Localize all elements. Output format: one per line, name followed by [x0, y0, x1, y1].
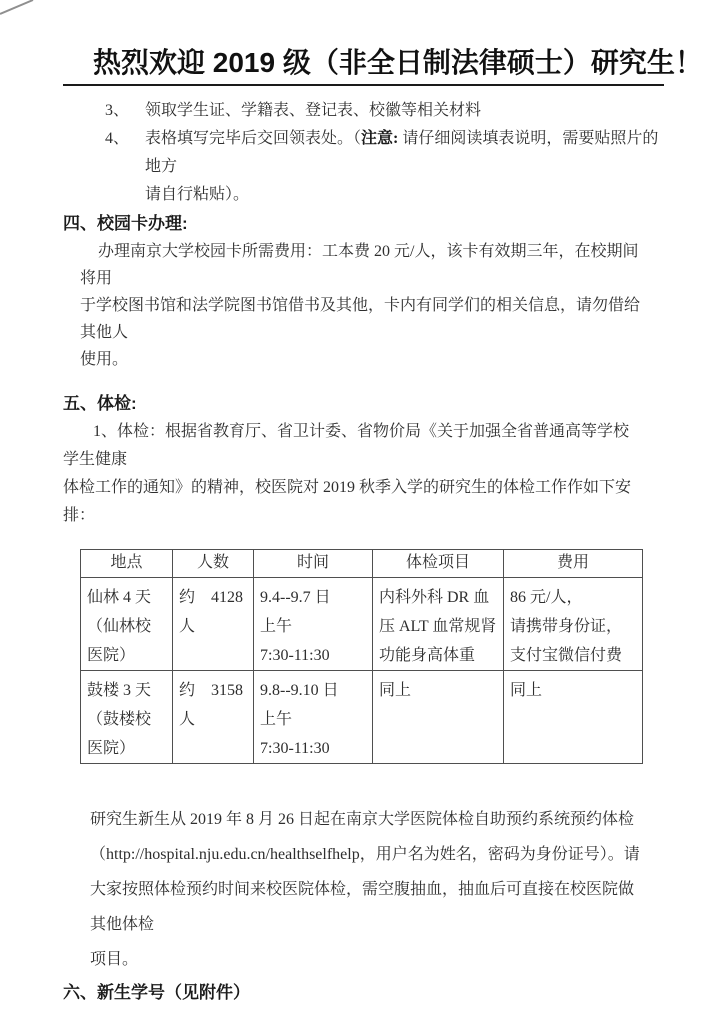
- cell-time: 9.8--9.10 日 上午 7:30-11:30: [254, 670, 373, 763]
- col-header-items: 体检项目: [373, 549, 504, 577]
- title-underline-rule: 热烈欢迎 2019 级（非全日制法律硕士）研究生！: [63, 46, 664, 86]
- table-row-xianlin: 仙林 4 天 （仙林校 医院） 约 4128 人 9.4--9.7 日 上午 7…: [81, 577, 643, 670]
- col-header-headcount: 人数: [173, 549, 254, 577]
- table-header-row: 地点 人数 时间 体检项目 费用: [81, 549, 643, 577]
- cell-fee: 同上: [504, 670, 643, 763]
- cell-time: 9.4--9.7 日 上午 7:30-11:30: [254, 577, 373, 670]
- cell-fee: 86 元/人， 请携带身份证， 支付宝微信付费: [504, 577, 643, 670]
- col-header-fee: 费用: [504, 549, 643, 577]
- page-title: 热烈欢迎 2019 级（非全日制法律硕士）研究生！: [93, 46, 664, 80]
- col-header-location: 地点: [81, 549, 173, 577]
- item-number: 3、: [105, 97, 145, 125]
- checkup-note-paragraph: 研究生新生从 2019 年 8 月 26 日起在南京大学医院体检自助预约系统预约…: [90, 802, 646, 977]
- item-text: 表格填写完毕后交回领表处。（注意: 请仔细阅读填表说明，需要贴照片的地方 请自行…: [145, 125, 664, 209]
- item-text: 领取学生证、学籍表、登记表、校徽等相关材料: [145, 97, 664, 125]
- section-heading-student-id: 六、新生学号（见附件）: [63, 979, 664, 1007]
- cell-headcount: 约 3158 人: [173, 670, 254, 763]
- section-heading-checkup: 五、体检:: [63, 390, 664, 418]
- checkup-intro-paragraph: 1、体检：根据省教育厅、省卫计委、省物价局《关于加强全省普通高等学校学生健康 体…: [63, 418, 641, 530]
- cell-items: 同上: [373, 670, 504, 763]
- scan-artifact-line: [0, 0, 40, 20]
- document-page: 热烈欢迎 2019 级（非全日制法律硕士）研究生！ 3、 领取学生证、学籍表、登…: [0, 0, 724, 1024]
- checkup-schedule-table: 地点 人数 时间 体检项目 费用 仙林 4 天 （仙林校 医院） 约 4128 …: [80, 549, 643, 764]
- list-item-4: 4、 表格填写完毕后交回领表处。（注意: 请仔细阅读填表说明，需要贴照片的地方 …: [63, 125, 664, 209]
- cell-location: 鼓楼 3 天 （鼓楼校 医院）: [81, 670, 173, 763]
- cell-items: 内科外科 DR 血 压 ALT 血常规肾 功能身高体重: [373, 577, 504, 670]
- item-text-emphasis: 注意:: [361, 130, 398, 147]
- numbered-list: 3、 领取学生证、学籍表、登记表、校徽等相关材料 4、 表格填写完毕后交回领表处…: [63, 97, 664, 209]
- item-text-pre: 表格填写完毕后交回领表处。（: [145, 130, 361, 147]
- table-row-gulou: 鼓楼 3 天 （鼓楼校 医院） 约 3158 人 9.8--9.10 日 上午 …: [81, 670, 643, 763]
- cell-headcount: 约 4128 人: [173, 577, 254, 670]
- list-item-3: 3、 领取学生证、学籍表、登记表、校徽等相关材料: [63, 97, 664, 125]
- section-heading-campus-card: 四、校园卡办理:: [63, 210, 664, 238]
- cell-location: 仙林 4 天 （仙林校 医院）: [81, 577, 173, 670]
- campus-card-paragraph: 办理南京大学校园卡所需费用：工本费 20 元/人，该卡有效期三年，在校期间将用 …: [80, 238, 640, 373]
- item-number: 4、: [105, 125, 145, 209]
- col-header-time: 时间: [254, 549, 373, 577]
